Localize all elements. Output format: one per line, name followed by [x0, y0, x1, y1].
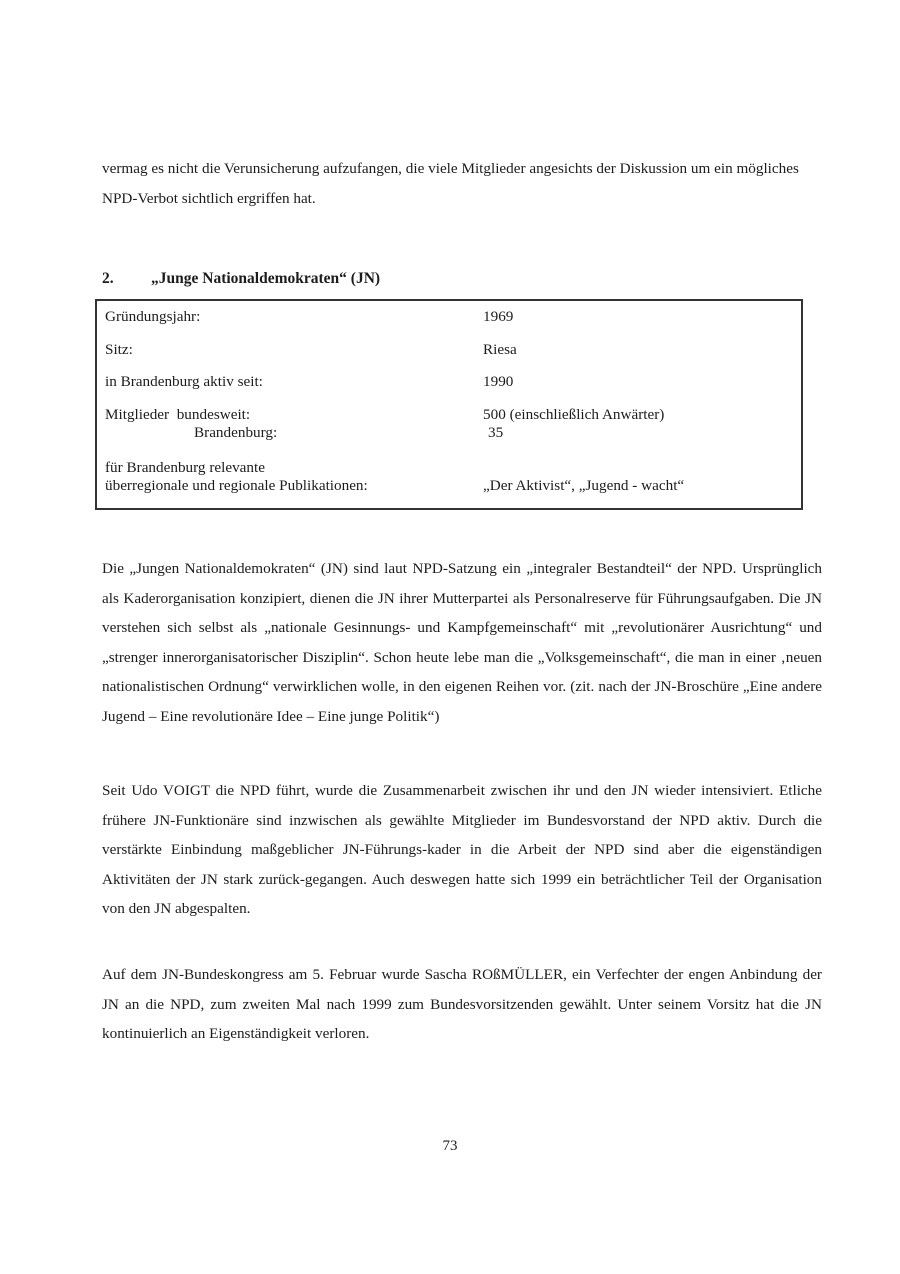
body-paragraph: Die „Jungen Nationaldemokraten“ (JN) sin…	[102, 554, 822, 731]
fact-box: Gründungsjahr: 1969 Sitz: Riesa in Brand…	[95, 299, 803, 510]
fact-label: in Brandenburg aktiv seit:	[105, 373, 263, 391]
fact-label-line2: überregionale und regionale Publikatione…	[105, 477, 368, 494]
section-heading: 2.„Junge Nationaldemokraten“ (JN)	[102, 270, 380, 288]
fact-value-group: 500 (einschließlich Anwärter) 35	[483, 406, 664, 442]
fact-sub-label: Brandenburg:	[105, 424, 277, 441]
body-paragraph: Auf dem JN-Bundeskongress am 5. Februar …	[102, 960, 822, 1049]
body-paragraph: Seit Udo VOIGT die NPD führt, wurde die …	[102, 776, 822, 924]
fact-value: 1969	[483, 308, 513, 326]
fact-value: 500 (einschließlich Anwärter)	[483, 406, 664, 423]
fact-value: „Der Aktivist“, „Jugend - wacht“	[483, 477, 684, 495]
page-number: 73	[0, 1138, 900, 1155]
fact-label: Sitz:	[105, 341, 133, 359]
fact-sub-value: 35	[483, 424, 503, 441]
fact-value: Riesa	[483, 341, 517, 359]
fact-label: Gründungsjahr:	[105, 308, 200, 326]
fact-value: 1990	[483, 373, 513, 391]
section-title: „Junge Nationaldemokraten“ (JN)	[151, 270, 380, 287]
section-number: 2.	[102, 270, 151, 288]
intro-paragraph: vermag es nicht die Verunsicherung aufzu…	[102, 154, 822, 213]
fact-label-group: Mitglieder bundesweit: Brandenburg:	[105, 406, 277, 442]
document-page: vermag es nicht die Verunsicherung aufzu…	[0, 0, 900, 1274]
fact-label: für Brandenburg relevante	[105, 459, 265, 476]
fact-label-group: für Brandenburg relevante überregionale …	[105, 459, 368, 495]
fact-label: Mitglieder bundesweit:	[105, 406, 250, 423]
